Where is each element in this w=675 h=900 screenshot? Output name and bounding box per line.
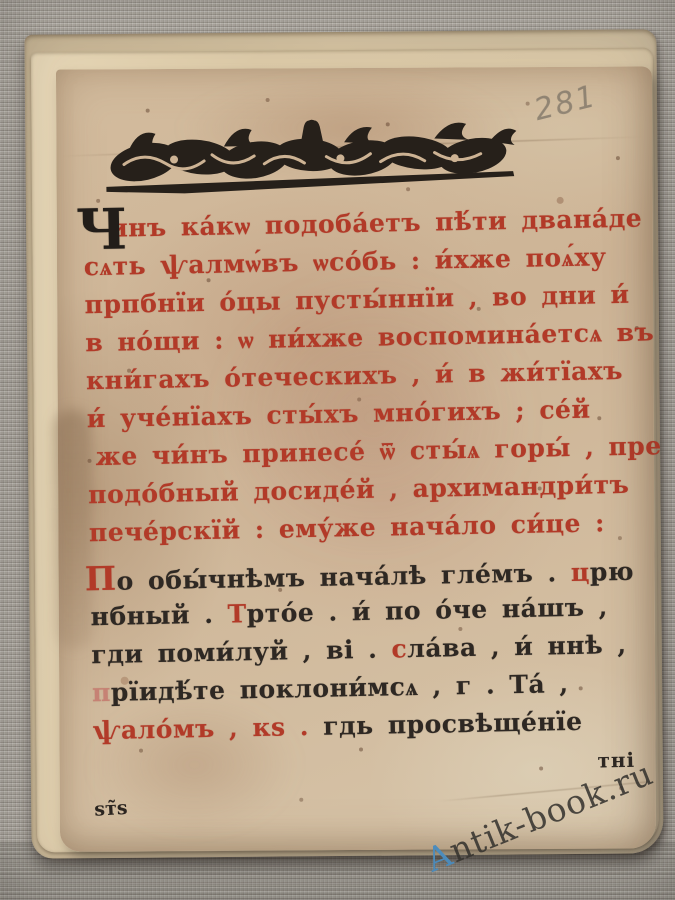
- photo-of-manuscript-page: Ч инъ ка́кѡ подоба́етъ пѣ́ти двана́де сѧ…: [0, 0, 675, 900]
- quire-signature-mark: ѕт̃ѕ: [94, 797, 128, 821]
- red-initial: п: [92, 678, 111, 707]
- headpiece-ornament-icon: [103, 112, 521, 204]
- foxing-speckles: [46, 60, 49, 63]
- text-block: Ч инъ ка́кѡ подоба́етъ пѣ́ти двана́де сѧ…: [83, 199, 659, 750]
- printed-content: Ч инъ ка́кѡ подоба́етъ пѣ́ти двана́де сѧ…: [56, 57, 667, 850]
- red-initial: П: [85, 559, 117, 599]
